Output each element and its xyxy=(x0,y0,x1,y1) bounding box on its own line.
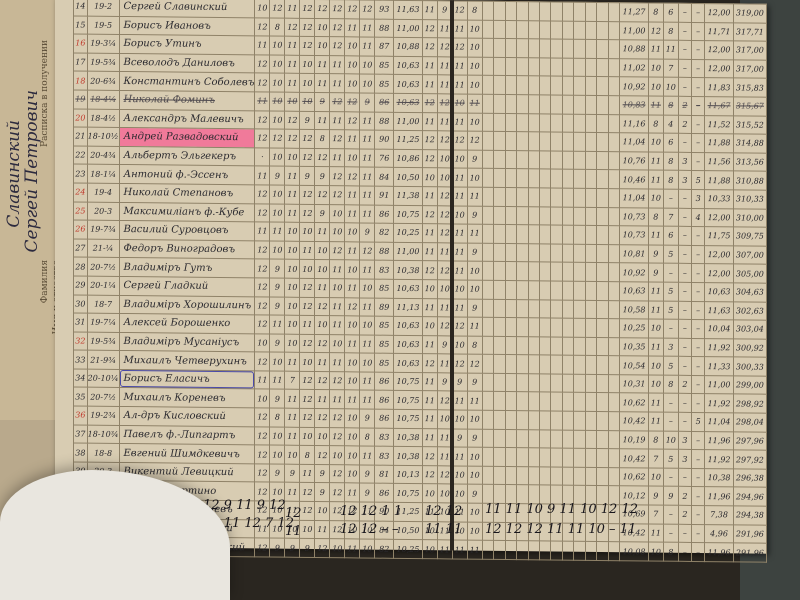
score: 12,00 xyxy=(705,59,734,78)
grade-sum: 76 xyxy=(375,149,394,168)
grade-cell xyxy=(574,39,585,58)
score: 10,33 xyxy=(705,190,734,209)
score: 11,33 xyxy=(705,357,734,376)
grade-cell: 12 xyxy=(330,464,345,483)
grade-cell xyxy=(494,20,505,39)
grade-cell xyxy=(505,169,516,188)
grade-cell: 9 xyxy=(285,538,300,557)
student-name: Борисъ Утинъ xyxy=(119,35,255,55)
grade-cell: 10 xyxy=(360,74,375,93)
grade-cell xyxy=(517,429,528,448)
total-score: 309,75 xyxy=(733,227,766,246)
final-average: 10,19 xyxy=(620,430,649,449)
grade-cell: 11 xyxy=(315,353,330,372)
grade-cell xyxy=(562,374,573,393)
grade-cell xyxy=(494,76,505,95)
grade-cell: 9 xyxy=(315,92,330,111)
grade-cell xyxy=(551,392,562,411)
total-score: 302,63 xyxy=(733,301,766,320)
grade-cell: 10 xyxy=(452,205,467,224)
final-average: 10,46 xyxy=(620,170,649,189)
grade-cell: 11 xyxy=(422,224,437,243)
grade-cell xyxy=(597,21,608,40)
grade-cell: 10 xyxy=(270,241,285,260)
footer-handwritten-notes: 12 9 11 9 12 12 11 12 7 12 12 11 12 12 1… xyxy=(145,498,705,538)
grade-cell xyxy=(494,448,505,467)
grade-cell xyxy=(494,355,505,374)
grade-cell: 12 xyxy=(300,334,315,353)
grade-cell xyxy=(540,262,551,281)
grade-cell xyxy=(528,132,539,151)
age: 19-4 xyxy=(87,183,119,202)
grade-cell xyxy=(608,449,619,468)
grade-cell xyxy=(608,189,619,208)
grade-cell xyxy=(517,243,528,262)
grade-cell xyxy=(494,113,505,132)
grade-cell xyxy=(494,224,505,243)
grade-cell xyxy=(608,77,619,96)
grade-cell: 12 xyxy=(300,390,315,409)
grade-cell: 11 xyxy=(300,241,315,260)
score: 11,88 xyxy=(705,171,734,190)
count-column: – xyxy=(678,59,691,78)
final-average: 10,42 xyxy=(620,412,649,431)
grade-cell xyxy=(517,2,528,21)
grade-cell xyxy=(528,429,539,448)
grade-cell: 12 xyxy=(255,129,270,148)
grade-cell xyxy=(562,225,573,244)
grade-cell: 11 xyxy=(315,390,330,409)
grade-cell: 10 xyxy=(270,111,285,130)
grade-cell: 12 xyxy=(315,185,330,204)
grade-cell xyxy=(562,132,573,151)
grade-cell xyxy=(528,58,539,77)
grade-cell xyxy=(597,430,608,449)
grade-cell: 10 xyxy=(345,372,360,391)
age: 18-1¼ xyxy=(87,164,119,183)
age: 18-4½ xyxy=(87,109,119,128)
grade-cell: 10 xyxy=(300,74,315,93)
grade-cell xyxy=(505,299,516,318)
total-score: 317,00 xyxy=(733,60,766,79)
row-number: 22 xyxy=(74,146,88,165)
count-column: 8 xyxy=(663,542,678,561)
score: 10,63 xyxy=(705,282,734,301)
grade-cell xyxy=(597,58,608,77)
grade-cell: 11 xyxy=(360,37,375,56)
grade-cell xyxy=(551,281,562,300)
grade-cell: 10 xyxy=(285,222,300,241)
grade-cell xyxy=(562,448,573,467)
grade-cell: 11 xyxy=(315,223,330,242)
grade-cell xyxy=(597,542,608,561)
grade-cell: 11 xyxy=(330,390,345,409)
total-score: 319,00 xyxy=(733,4,766,23)
grade-cell: 11 xyxy=(255,92,270,111)
count-column: 3 xyxy=(692,189,705,208)
grade-cell: 10 xyxy=(315,241,330,260)
grade-cell xyxy=(597,188,608,207)
grade-cell xyxy=(494,317,505,336)
grade-cell xyxy=(505,132,516,151)
grade-cell: 12 xyxy=(315,0,330,18)
grade-cell xyxy=(505,541,516,560)
row-number: 15 xyxy=(74,16,88,35)
grade-cell: 8 xyxy=(467,1,482,20)
grade-cell xyxy=(585,188,596,207)
grade-cell: 11 xyxy=(345,18,360,37)
grade-cell xyxy=(585,225,596,244)
grade-average: 10,86 xyxy=(394,149,423,168)
grade-cell xyxy=(540,39,551,58)
grade-cell xyxy=(517,225,528,244)
grade-cell: 11 xyxy=(255,36,270,55)
grade-cell xyxy=(574,374,585,393)
grade-cell xyxy=(608,337,619,356)
grade-cell: 11 xyxy=(300,464,315,483)
grade-cell xyxy=(608,226,619,245)
grade-cell: 11 xyxy=(467,224,482,243)
grade-cell: 12 xyxy=(255,538,270,557)
score: 11,83 xyxy=(705,78,734,97)
grade-cell: 10 xyxy=(285,445,300,464)
total-score: 304,63 xyxy=(733,283,766,302)
count-column: – xyxy=(692,78,705,97)
total-score: 297,92 xyxy=(733,450,766,469)
grade-cell xyxy=(505,262,516,281)
age: 19-5 xyxy=(87,16,119,35)
grade-cell: 11 xyxy=(360,260,375,279)
student-name: Андрей Развадовский xyxy=(119,128,255,148)
grade-cell: 11 xyxy=(330,353,345,372)
age: 20-1¼ xyxy=(87,276,119,295)
grade-sum: 82 xyxy=(375,223,394,242)
final-average: 10,35 xyxy=(620,337,649,356)
grade-cell xyxy=(597,356,608,375)
grade-cell xyxy=(574,411,585,430)
grade-cell xyxy=(562,300,573,319)
count-column: – xyxy=(692,227,705,246)
grade-cell: 12 xyxy=(285,111,300,130)
count-column: – xyxy=(692,264,705,283)
grade-cell: 10 xyxy=(270,427,285,446)
grade-cell xyxy=(562,262,573,281)
grade-cell xyxy=(482,57,493,76)
grade-cell: 10 xyxy=(345,37,360,56)
count-column: – xyxy=(692,357,705,376)
count-column: – xyxy=(678,3,691,22)
grade-cell: 12 xyxy=(345,297,360,316)
grade-cell: 10 xyxy=(467,280,482,299)
grade-cell xyxy=(597,40,608,59)
grade-cell xyxy=(482,169,493,188)
grade-cell xyxy=(517,76,528,95)
grade-cell: 10 xyxy=(300,92,315,111)
count-column: – xyxy=(663,319,678,338)
grade-cell: 9 xyxy=(270,538,285,557)
grade-average: 10,13 xyxy=(394,465,423,484)
total-score: 300,92 xyxy=(733,339,766,358)
grade-average: 10,38 xyxy=(394,447,423,466)
grade-cell xyxy=(551,95,562,114)
grade-cell xyxy=(585,77,596,96)
count-column: – xyxy=(678,264,691,283)
grade-cell: 10 xyxy=(255,0,270,18)
grade-average: 10,75 xyxy=(394,409,423,428)
count-column: – xyxy=(678,78,691,97)
count-column: 10 xyxy=(648,189,663,208)
grade-cell xyxy=(517,448,528,467)
grade-cell xyxy=(608,244,619,263)
grade-cell: 9 xyxy=(270,464,285,483)
grade-cell: 10 xyxy=(285,241,300,260)
grade-cell: 12 xyxy=(255,408,270,427)
grade-cell xyxy=(585,114,596,133)
grade-cell xyxy=(562,281,573,300)
grade-cell xyxy=(540,95,551,114)
grade-cell xyxy=(597,114,608,133)
grade-sum: 85 xyxy=(375,353,394,372)
final-average: 10,62 xyxy=(620,393,649,412)
age: 19-3¼ xyxy=(87,34,119,53)
grade-cell: 12 xyxy=(300,0,315,18)
age: 20-7½ xyxy=(87,388,119,407)
final-average: 10,81 xyxy=(620,244,649,263)
score: 10,38 xyxy=(705,468,734,487)
grade-cell: 9 xyxy=(467,299,482,318)
grade-cell xyxy=(562,430,573,449)
grade-sum: 84 xyxy=(375,167,394,186)
grade-cell xyxy=(608,207,619,226)
count-column: 11 xyxy=(648,96,663,115)
grade-cell xyxy=(494,206,505,225)
grade-cell xyxy=(528,95,539,114)
age: 19-7¾ xyxy=(87,220,119,239)
grade-cell: 11 xyxy=(345,186,360,205)
grade-cell xyxy=(597,281,608,300)
grade-cell: 11 xyxy=(422,1,437,20)
count-column: – xyxy=(692,115,705,134)
grade-cell xyxy=(482,206,493,225)
grade-cell xyxy=(494,39,505,58)
row-number: 28 xyxy=(74,257,88,276)
count-column: 12 xyxy=(648,22,663,41)
grade-cell: 9 xyxy=(452,429,467,448)
grade-average: 10,63 xyxy=(394,316,423,335)
grade-cell xyxy=(517,355,528,374)
count-column: – xyxy=(692,41,705,60)
count-column: 7 xyxy=(663,208,678,227)
grade-sum: 88 xyxy=(375,242,394,261)
grade-cell: 12 xyxy=(300,37,315,56)
count-column: 5 xyxy=(663,356,678,375)
grade-cell xyxy=(574,58,585,77)
grade-cell: 11 xyxy=(360,112,375,131)
count-column: – xyxy=(678,282,691,301)
grade-cell: 12 xyxy=(452,38,467,57)
grade-cell xyxy=(505,206,516,225)
total-score: 303,04 xyxy=(733,320,766,339)
grade-cell xyxy=(574,263,585,282)
grade-cell: 12 xyxy=(422,447,437,466)
student-name: Николай Фоминъ xyxy=(119,90,255,110)
grade-sum: 83 xyxy=(375,446,394,465)
final-average: 10,76 xyxy=(620,151,649,170)
count-column: 5 xyxy=(692,413,705,432)
grade-cell xyxy=(597,151,608,170)
grade-cell: 11 xyxy=(345,204,360,223)
count-column: – xyxy=(692,375,705,394)
grade-cell: 10 xyxy=(315,37,330,56)
row-number: 33 xyxy=(74,350,88,369)
grade-cell: 10 xyxy=(422,317,437,336)
grade-cell: 12 xyxy=(452,317,467,336)
final-average: 10,31 xyxy=(620,375,649,394)
grade-cell xyxy=(482,392,493,411)
grade-cell xyxy=(585,95,596,114)
grade-cell: 10 xyxy=(270,204,285,223)
grade-cell xyxy=(540,169,551,188)
student-name: Борисъ Ивановъ xyxy=(119,16,255,36)
grade-sum: 93 xyxy=(375,0,394,19)
grade-sum: 86 xyxy=(375,372,394,391)
row-number: 17 xyxy=(74,53,88,72)
note: 12 9 11 9 12 xyxy=(203,498,286,513)
row-number: 30 xyxy=(74,294,88,313)
final-average: 10,54 xyxy=(620,356,649,375)
grade-cell: 10 xyxy=(330,334,345,353)
grade-sum: 85 xyxy=(375,335,394,354)
grade-cell: 10 xyxy=(270,92,285,111)
grade-cell: 12 xyxy=(345,0,360,19)
student-name: Василий Суровцовъ xyxy=(119,221,255,241)
grade-cell xyxy=(482,1,493,20)
grade-cell: 12 xyxy=(255,185,270,204)
grade-cell xyxy=(505,150,516,169)
grade-cell xyxy=(505,466,516,485)
grade-cell xyxy=(585,411,596,430)
count-column: 2 xyxy=(678,96,691,115)
grade-cell: 9 xyxy=(300,111,315,130)
count-column: – xyxy=(692,431,705,450)
grade-cell xyxy=(494,57,505,76)
grade-cell xyxy=(528,411,539,430)
grade-cell: 12 xyxy=(255,241,270,260)
grade-cell xyxy=(528,188,539,207)
grade-cell: 9 xyxy=(270,259,285,278)
count-column: – xyxy=(663,189,678,208)
grade-cell xyxy=(505,20,516,39)
grade-cell xyxy=(574,393,585,412)
grade-cell: 11 xyxy=(452,540,467,559)
grade-cell xyxy=(528,225,539,244)
grade-cell xyxy=(597,133,608,152)
count-column: – xyxy=(692,3,705,22)
grade-average: 10,88 xyxy=(394,38,423,57)
grade-cell: 12 xyxy=(330,130,345,149)
student-name: Алексей Борошенко xyxy=(119,314,255,334)
grade-cell: 12 xyxy=(315,371,330,390)
final-average: 10,42 xyxy=(620,449,649,468)
grade-cell: 11 xyxy=(330,297,345,316)
grade-cell xyxy=(540,113,551,132)
score: 11,52 xyxy=(705,115,734,134)
grade-cell xyxy=(528,262,539,281)
grade-cell: 10 xyxy=(285,259,300,278)
grade-cell xyxy=(517,466,528,485)
grade-cell: 12 xyxy=(300,18,315,37)
grade-average: 11,00 xyxy=(394,242,423,261)
grade-cell xyxy=(608,263,619,282)
row-number: 34 xyxy=(74,369,88,388)
grade-cell: 12 xyxy=(255,296,270,315)
grade-cell: 12 xyxy=(315,334,330,353)
grade-cell: 11 xyxy=(360,372,375,391)
grade-cell xyxy=(585,263,596,282)
total-score: 314,88 xyxy=(733,134,766,153)
total-score: 315,83 xyxy=(733,78,766,97)
grade-cell: 10 xyxy=(345,409,360,428)
grade-cell: 12 xyxy=(255,73,270,92)
grade-cell xyxy=(574,448,585,467)
grade-cell xyxy=(517,336,528,355)
grade-cell: 11 xyxy=(452,298,467,317)
grade-cell xyxy=(551,541,562,560)
grade-cell: 11 xyxy=(270,371,285,390)
grade-cell xyxy=(494,262,505,281)
grade-cell: 12 xyxy=(345,111,360,130)
grade-cell xyxy=(562,541,573,560)
grade-cell: 12 xyxy=(300,371,315,390)
grade-cell xyxy=(551,374,562,393)
count-column: – xyxy=(678,543,691,562)
grade-cell: 12 xyxy=(467,131,482,150)
grade-cell: 12 xyxy=(330,167,345,186)
grade-cell: 8 xyxy=(467,336,482,355)
grade-cell xyxy=(505,39,516,58)
grade-cell xyxy=(517,39,528,58)
grade-cell: 12 xyxy=(255,17,270,36)
grade-average: 11,13 xyxy=(394,298,423,317)
grade-sum: 89 xyxy=(375,298,394,317)
grade-cell xyxy=(505,76,516,95)
grade-sum: 90 xyxy=(375,130,394,149)
grade-cell: 10 xyxy=(452,94,467,113)
count-column: 8 xyxy=(663,375,678,394)
grade-cell: 10 xyxy=(452,410,467,429)
count-column: 5 xyxy=(692,171,705,190)
grade-cell xyxy=(608,356,619,375)
count-column: 10 xyxy=(648,319,663,338)
count-column: 10 xyxy=(663,431,678,450)
grade-cell: 10 xyxy=(315,18,330,37)
count-column: 10 xyxy=(648,59,663,78)
score: 11,75 xyxy=(705,227,734,246)
grade-cell: 11 xyxy=(452,243,467,262)
count-column: – xyxy=(663,468,678,487)
grade-cell: 11 xyxy=(360,297,375,316)
grade-cell xyxy=(608,300,619,319)
grade-cell: 10 xyxy=(467,447,482,466)
grade-cell: 11 xyxy=(422,187,437,206)
grade-cell xyxy=(517,169,528,188)
grade-cell: 12 xyxy=(422,354,437,373)
grade-cell xyxy=(528,355,539,374)
grade-cell xyxy=(574,355,585,374)
grade-cell: 10 xyxy=(345,316,360,335)
grade-cell xyxy=(482,355,493,374)
score: 10,04 xyxy=(705,320,734,339)
